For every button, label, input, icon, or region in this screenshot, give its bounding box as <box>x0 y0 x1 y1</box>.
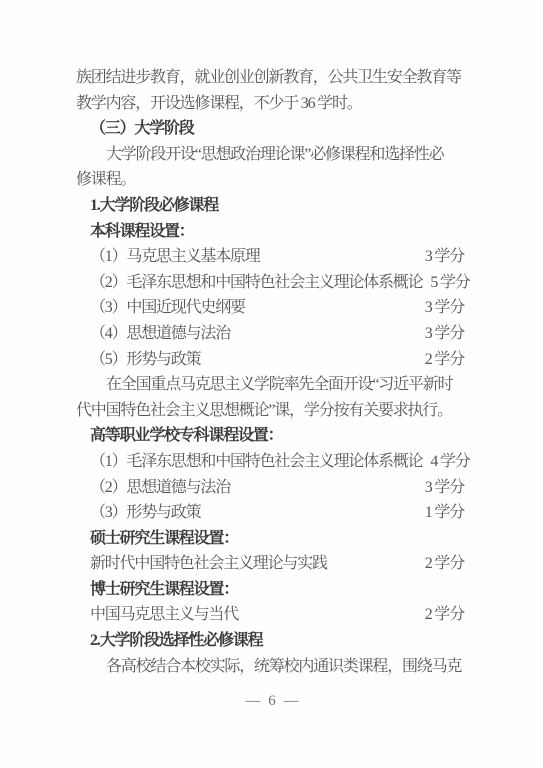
course-title: 中国马克思主义与当代 <box>90 602 238 628</box>
section-heading: 2.大学阶段选择性必修课程 <box>76 628 470 654</box>
course-row: 新时代中国特色社会主义理论与实践 2 学分 <box>76 551 470 577</box>
course-row: （2）思想道德与法治 3 学分 <box>76 475 470 501</box>
course-credit: 1 学分 <box>425 500 464 526</box>
section-heading: 博士研究生课程设置： <box>76 577 470 603</box>
section-heading: （三）大学阶段 <box>76 116 470 142</box>
course-credit: 3 学分 <box>425 475 464 501</box>
course-title: （2）毛泽东思想和中国特色社会主义理论体系概论 <box>90 270 422 296</box>
course-credit: 2 学分 <box>425 347 464 373</box>
course-title: （1）毛泽东思想和中国特色社会主义理论体系概论 <box>90 449 422 475</box>
section-heading: 硕士研究生课程设置： <box>76 526 470 552</box>
course-credit: 2 学分 <box>425 551 464 577</box>
course-row: （1）马克思主义基本原理 3 学分 <box>76 244 470 270</box>
section-heading: 高等职业学校专科课程设置： <box>76 423 470 449</box>
course-title: （5）形势与政策 <box>90 347 200 373</box>
course-row: （2）毛泽东思想和中国特色社会主义理论体系概论 5 学分 <box>76 270 470 296</box>
course-credit: 2 学分 <box>425 602 464 628</box>
paragraph-line: 族团结进步教育，就业创业创新教育，公共卫生安全教育等 <box>76 65 470 91</box>
course-title: （4）思想道德与法治 <box>90 321 230 347</box>
paragraph-line: 修课程。 <box>76 167 470 193</box>
section-heading: 本科课程设置： <box>76 219 470 245</box>
paragraph-line: 大学阶段开设“思想政治理论课”必修课程和选择性必 <box>76 142 470 168</box>
course-row: （5）形势与政策 2 学分 <box>76 347 470 373</box>
course-row: （4）思想道德与法治 3 学分 <box>76 321 470 347</box>
course-credit: 3 学分 <box>425 295 464 321</box>
course-row: （3）中国近现代史纲要 3 学分 <box>76 295 470 321</box>
course-row: 中国马克思主义与当代 2 学分 <box>76 602 470 628</box>
paragraph-line: 教学内容，开设选修课程，不少于 36 学时。 <box>76 91 470 117</box>
course-title: （1）马克思主义基本原理 <box>90 244 260 270</box>
course-title: 新时代中国特色社会主义理论与实践 <box>90 551 327 577</box>
course-title: （2）思想道德与法治 <box>90 475 230 501</box>
document-page: 族团结进步教育，就业创业创新教育，公共卫生安全教育等 教学内容，开设选修课程，不… <box>0 0 543 768</box>
course-title: （3）形势与政策 <box>90 500 200 526</box>
course-row: （3）形势与政策 1 学分 <box>76 500 470 526</box>
course-title: （3）中国近现代史纲要 <box>90 295 245 321</box>
section-heading: 1.大学阶段必修课程 <box>76 193 470 219</box>
course-credit: 4 学分 <box>430 449 469 475</box>
paragraph-line: 代中国特色社会主义思想概论”课，学分按有关要求执行。 <box>76 398 470 424</box>
page-number: — 6 — <box>76 691 470 711</box>
course-credit: 3 学分 <box>425 321 464 347</box>
course-row: （1）毛泽东思想和中国特色社会主义理论体系概论 4 学分 <box>76 449 470 475</box>
course-credit: 5 学分 <box>430 270 469 296</box>
course-credit: 3 学分 <box>425 244 464 270</box>
paragraph-line: 各高校结合本校实际，统筹校内通识类课程，围绕马克 <box>76 654 470 680</box>
paragraph-line: 在全国重点马克思主义学院率先全面开设“习近平新时 <box>76 372 470 398</box>
